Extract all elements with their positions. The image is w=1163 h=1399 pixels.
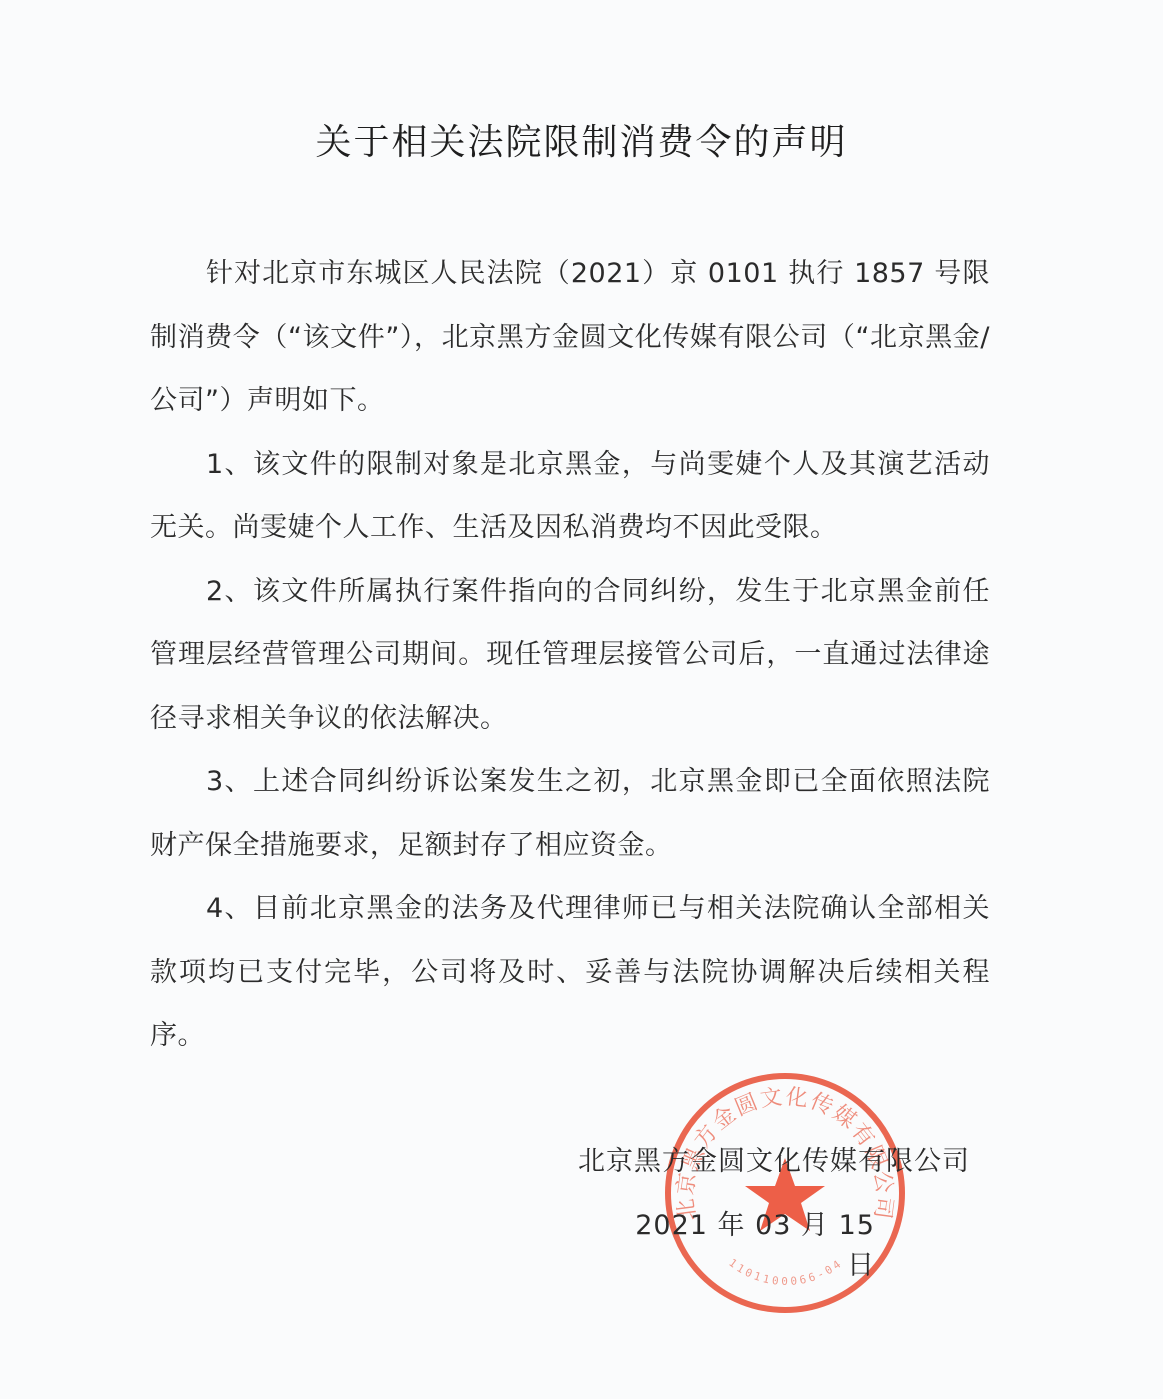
intro-paragraph: 针对北京市东城区人民法院（2021）京 0101 执行 1857 号限制消费令（… xyxy=(150,242,990,433)
document-title: 关于相关法院限制消费令的声明 xyxy=(0,118,1163,168)
signatory-company: 北京黑方金圆文化传媒有限公司 xyxy=(560,1142,970,1182)
clause-3: 3、上述合同纠纷诉讼案发生之初，北京黑金即已全面依照法院财产保全措施要求，足额封… xyxy=(150,750,990,877)
clause-1: 1、该文件的限制对象是北京黑金，与尚雯婕个人及其演艺活动无关。尚雯婕个人工作、生… xyxy=(150,433,990,560)
signature-date: 2021 年 03 月 15 日 xyxy=(600,1206,875,1286)
clause-4: 4、目前北京黑金的法务及代理律师已与相关法院确认全部相关款项均已支付完毕，公司将… xyxy=(150,877,990,1068)
document-body: 针对北京市东城区人民法院（2021）京 0101 执行 1857 号限制消费令（… xyxy=(150,242,990,1068)
clause-2: 2、该文件所属执行案件指向的合同纠纷，发生于北京黑金前任管理层经营管理公司期间。… xyxy=(150,560,990,751)
